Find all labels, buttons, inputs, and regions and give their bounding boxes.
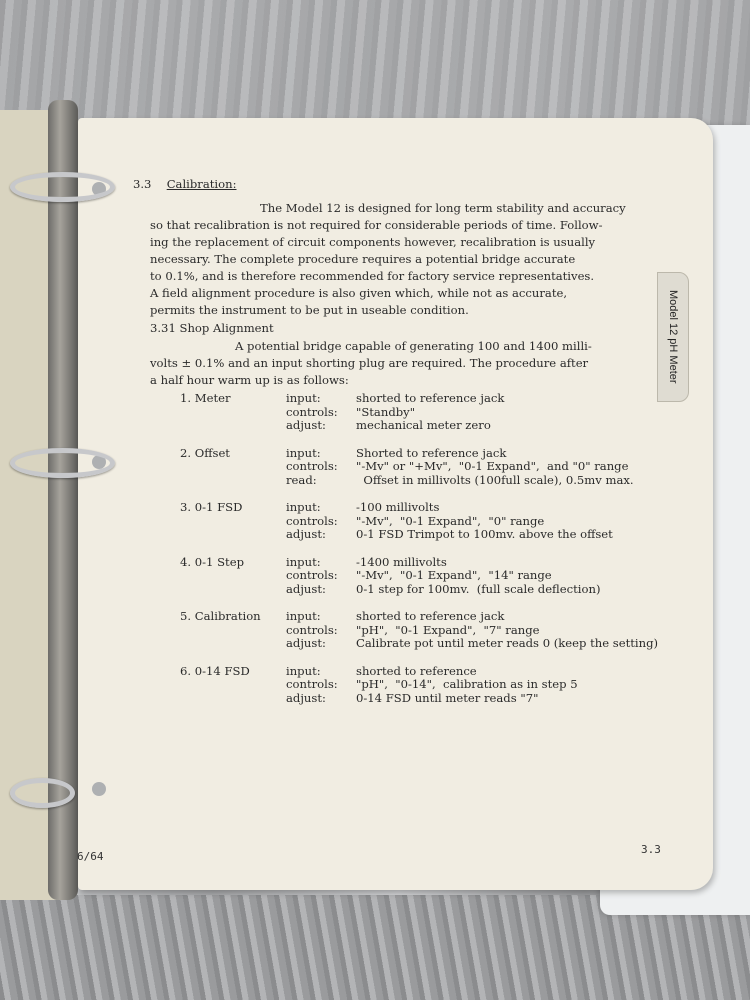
subsection-heading: 3.31 Shop Alignment xyxy=(150,320,274,337)
step-row: controls:"-Mv", "0-1 Expand", "14" range xyxy=(180,569,658,583)
paragraph-line: A potential bridge capable of generating… xyxy=(150,338,590,355)
step-field-value: Calibrate pot until meter reads 0 (keep … xyxy=(356,637,658,651)
footer-date: 6/64 xyxy=(77,850,104,863)
step-field-key: adjust: xyxy=(286,692,356,706)
steel-table-surface xyxy=(0,0,750,130)
step-field-key: adjust: xyxy=(286,419,356,433)
step-field-value: "pH", "0-14", calibration as in step 5 xyxy=(356,678,578,692)
step-row: 5. Calibrationinput:shorted to reference… xyxy=(180,610,658,624)
step-field-key: input: xyxy=(286,447,356,461)
step-label: 4. 0-1 Step xyxy=(180,556,286,570)
shop-alignment-paragraph: A potential bridge capable of generating… xyxy=(150,338,590,389)
step-field-value: Shorted to reference jack xyxy=(356,447,506,461)
step-field-key: controls: xyxy=(286,569,356,583)
section-number: 3.3 xyxy=(133,176,163,193)
paragraph-line: to 0.1%, and is therefore recommended fo… xyxy=(150,268,590,285)
step-label xyxy=(180,569,286,583)
step-row: controls:"pH", "0-1 Expand", "7" range xyxy=(180,624,658,638)
step-row: read: Offset in millivolts (100full scal… xyxy=(180,474,658,488)
step-field-value: shorted to reference jack xyxy=(356,610,504,624)
punch-hole xyxy=(92,782,106,796)
step-field-value: shorted to reference xyxy=(356,665,477,679)
step-field-value: -100 millivolts xyxy=(356,501,439,515)
step-row: adjust:Calibrate pot until meter reads 0… xyxy=(180,637,658,651)
paragraph-line: permits the instrument to be put in usea… xyxy=(150,302,590,319)
step-field-key: controls: xyxy=(286,406,356,420)
step-label xyxy=(180,528,286,542)
step-row: adjust:0-1 FSD Trimpot to 100mv. above t… xyxy=(180,528,658,542)
step-field-value: shorted to reference jack xyxy=(356,392,504,406)
binder-ring-icon xyxy=(10,172,115,202)
step-label xyxy=(180,419,286,433)
step-row: 4. 0-1 Stepinput:-1400 millivolts xyxy=(180,556,658,570)
step-field-key: controls: xyxy=(286,460,356,474)
procedure-steps: 1. Meterinput:shorted to reference jackc… xyxy=(180,392,658,719)
step-row: controls:"-Mv", "0-1 Expand", "0" range xyxy=(180,515,658,529)
step-row: 6. 0-14 FSDinput:shorted to reference xyxy=(180,665,658,679)
footer-page-number: 3.3 xyxy=(641,843,661,856)
step-row: adjust:0-1 step for 100mv. (full scale d… xyxy=(180,583,658,597)
section-title: Calibration: xyxy=(167,177,237,191)
step-row: 1. Meterinput:shorted to reference jack xyxy=(180,392,658,406)
step-field-value: Offset in millivolts (100full scale), 0.… xyxy=(356,474,634,488)
step-field-key: adjust: xyxy=(286,528,356,542)
step-field-key: input: xyxy=(286,610,356,624)
step-label xyxy=(180,692,286,706)
step-field-key: controls: xyxy=(286,624,356,638)
step-row: 2. Offsetinput:Shorted to reference jack xyxy=(180,447,658,461)
step-field-value: "-Mv", "0-1 Expand", "0" range xyxy=(356,515,544,529)
step-label: 3. 0-1 FSD xyxy=(180,501,286,515)
procedure-step: 2. Offsetinput:Shorted to reference jack… xyxy=(180,447,658,488)
step-label xyxy=(180,678,286,692)
step-label: 6. 0-14 FSD xyxy=(180,665,286,679)
paragraph-line: ing the replacement of circuit component… xyxy=(150,234,590,251)
paragraph-line: necessary. The complete procedure requir… xyxy=(150,251,590,268)
step-label xyxy=(180,515,286,529)
step-field-key: adjust: xyxy=(286,583,356,597)
step-label xyxy=(180,583,286,597)
binder-ring-icon xyxy=(10,448,115,478)
divider-tab[interactable]: Model 12 pH Meter xyxy=(657,272,689,402)
paragraph-line: The Model 12 is designed for long term s… xyxy=(150,200,590,217)
step-row: 3. 0-1 FSDinput:-100 millivolts xyxy=(180,501,658,515)
step-row: controls:"Standby" xyxy=(180,406,658,420)
paragraph-line: A field alignment procedure is also give… xyxy=(150,285,590,302)
step-field-value: "-Mv" or "+Mv", "0-1 Expand", and "0" ra… xyxy=(356,460,628,474)
step-field-value: "Standby" xyxy=(356,406,415,420)
step-field-key: input: xyxy=(286,665,356,679)
step-field-value: 0-1 step for 100mv. (full scale deflecti… xyxy=(356,583,600,597)
section-heading: 3.3 Calibration: xyxy=(133,176,236,193)
step-label xyxy=(180,624,286,638)
procedure-step: 4. 0-1 Stepinput:-1400 millivoltscontrol… xyxy=(180,556,658,597)
procedure-step: 1. Meterinput:shorted to reference jackc… xyxy=(180,392,658,433)
subsection-number: 3.31 xyxy=(150,321,176,335)
step-row: controls:"pH", "0-14", calibration as in… xyxy=(180,678,658,692)
paragraph-line: a half hour warm up is as follows: xyxy=(150,372,590,389)
step-field-key: controls: xyxy=(286,515,356,529)
step-label: 1. Meter xyxy=(180,392,286,406)
procedure-step: 5. Calibrationinput:shorted to reference… xyxy=(180,610,658,651)
step-row: controls:"-Mv" or "+Mv", "0-1 Expand", a… xyxy=(180,460,658,474)
step-field-value: 0-14 FSD until meter reads "7" xyxy=(356,692,538,706)
step-field-value: 0-1 FSD Trimpot to 100mv. above the offs… xyxy=(356,528,613,542)
step-field-key: input: xyxy=(286,501,356,515)
paragraph-line: volts ± 0.1% and an input shorting plug … xyxy=(150,355,590,372)
step-field-key: controls: xyxy=(286,678,356,692)
step-field-value: -1400 millivolts xyxy=(356,556,447,570)
step-row: adjust:0-14 FSD until meter reads "7" xyxy=(180,692,658,706)
step-field-key: adjust: xyxy=(286,637,356,651)
binder-ring-icon xyxy=(10,778,75,808)
step-field-value: mechanical meter zero xyxy=(356,419,491,433)
step-label: 5. Calibration xyxy=(180,610,286,624)
divider-tab-label: Model 12 pH Meter xyxy=(658,273,688,401)
step-label: 2. Offset xyxy=(180,447,286,461)
procedure-step: 6. 0-14 FSDinput:shorted to referencecon… xyxy=(180,665,658,706)
intro-paragraph: The Model 12 is designed for long term s… xyxy=(150,200,590,319)
step-field-value: "-Mv", "0-1 Expand", "14" range xyxy=(356,569,552,583)
step-field-key: input: xyxy=(286,392,356,406)
step-label xyxy=(180,460,286,474)
paragraph-line: so that recalibration is not required fo… xyxy=(150,217,590,234)
step-row: adjust:mechanical meter zero xyxy=(180,419,658,433)
subsection-title: Shop Alignment xyxy=(180,321,274,335)
step-field-key: read: xyxy=(286,474,356,488)
step-field-key: input: xyxy=(286,556,356,570)
procedure-step: 3. 0-1 FSDinput:-100 millivoltscontrols:… xyxy=(180,501,658,542)
step-label xyxy=(180,637,286,651)
step-label xyxy=(180,406,286,420)
step-field-value: "pH", "0-1 Expand", "7" range xyxy=(356,624,540,638)
step-label xyxy=(180,474,286,488)
